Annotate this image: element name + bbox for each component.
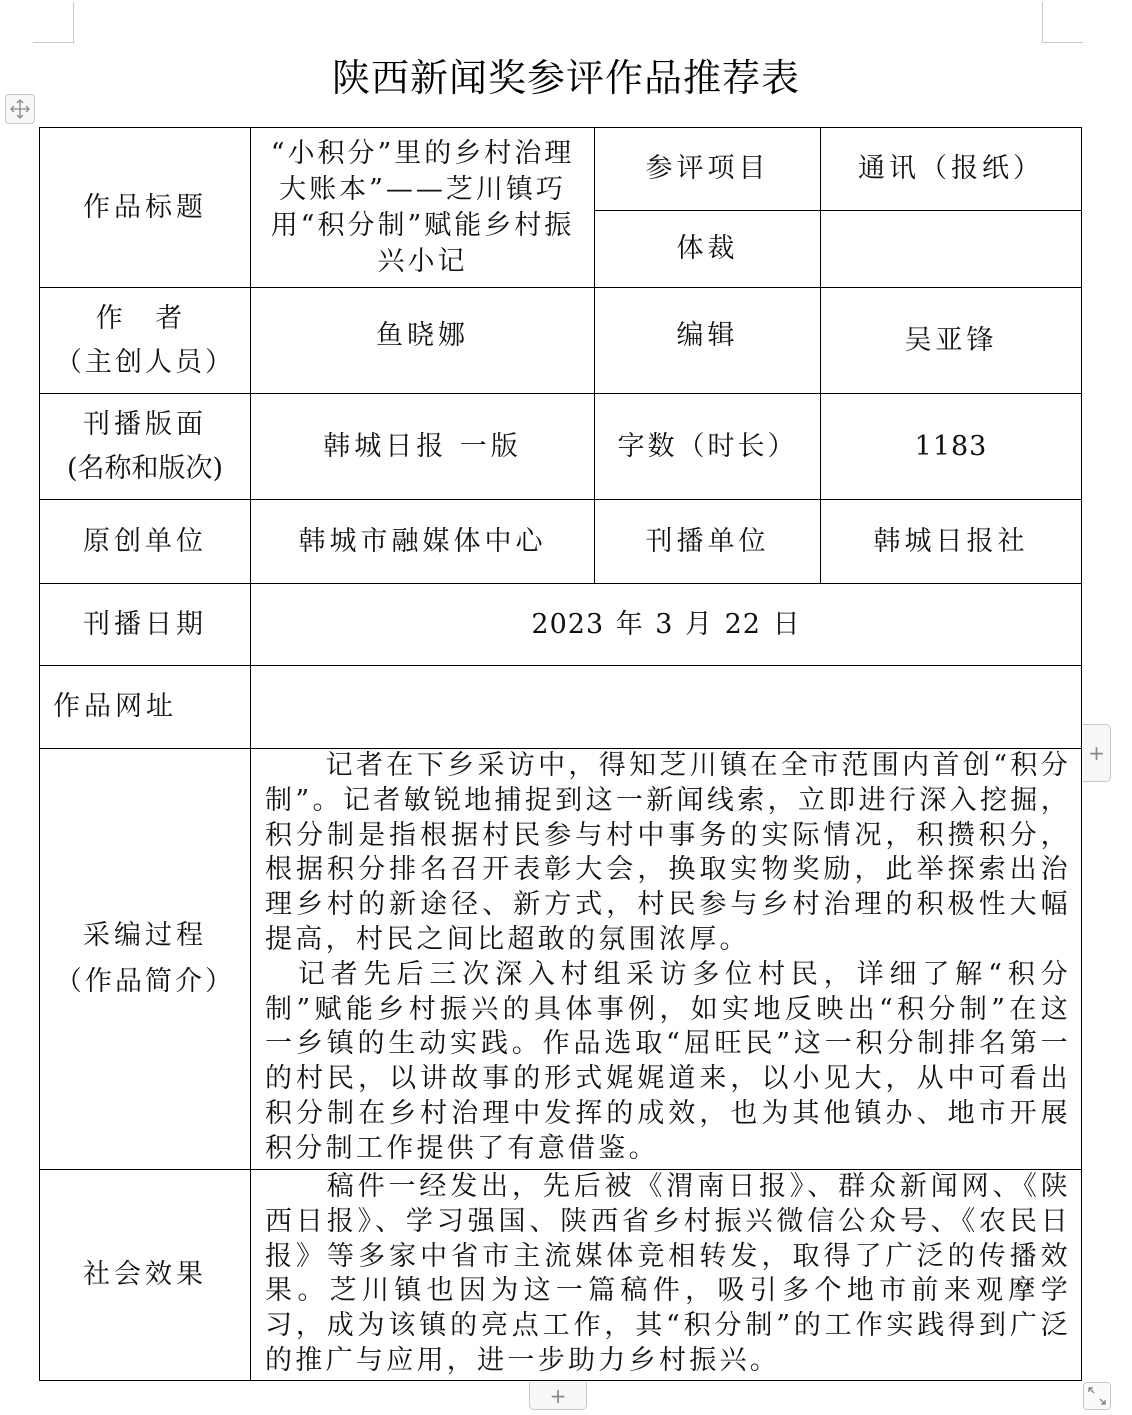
- process-paragraph: 记者在下乡采访中，得知芝川镇在全市范围内首创“积分制”。记者敏锐地捕捉到这一新闻…: [265, 749, 1071, 958]
- process-cell[interactable]: 记者在下乡采访中，得知芝川镇在全市范围内首创“积分制”。记者敏锐地捕捉到这一新闻…: [251, 749, 1081, 1169]
- label-text: 编辑: [677, 318, 739, 354]
- label-text: 作品网址: [53, 689, 177, 725]
- label-publisher: 刊播单位: [595, 500, 820, 583]
- label-text: 原创单位: [83, 524, 207, 560]
- label-genre: 体裁: [595, 211, 820, 287]
- label-text: 参评项目: [646, 151, 770, 187]
- plus-icon: +: [550, 1384, 567, 1408]
- label-text: 刊播版面: [83, 403, 207, 447]
- label-text: 刊播日期: [83, 607, 207, 643]
- work-title-cell[interactable]: “小积分”里的乡村治理大账本”——芝川镇巧用“积分制”赋能乡村振兴小记: [251, 128, 594, 287]
- category-value: 通讯（报纸）: [858, 151, 1044, 187]
- date-cell[interactable]: 2023 年 3 月 22 日: [251, 584, 1081, 665]
- label-text: 刊播单位: [646, 524, 770, 560]
- page-title: 陕西新闻奖参评作品推荐表: [0, 52, 1132, 104]
- table-resize-handle[interactable]: [1083, 1382, 1111, 1410]
- label-text: 作 者: [96, 297, 195, 341]
- label-text: 作品标题: [83, 190, 207, 226]
- add-column-button[interactable]: +: [1083, 724, 1111, 782]
- url-cell[interactable]: [251, 666, 1081, 748]
- label-text: 字数（时长）: [618, 429, 798, 465]
- page-corner-mark-top-left: [33, 2, 74, 43]
- editor-value: 吴亚锋: [905, 323, 998, 359]
- label-wordcount: 字数（时长）: [595, 394, 820, 499]
- category-cell[interactable]: 通讯（报纸）: [821, 128, 1081, 210]
- label-effect: 社会效果: [40, 1170, 250, 1380]
- move-arrows-icon: [9, 98, 31, 120]
- label-origin: 原创单位: [40, 500, 250, 583]
- work-title-value: “小积分”里的乡村治理大账本”——芝川镇巧用“积分制”赋能乡村振兴小记: [261, 136, 584, 280]
- table-move-handle[interactable]: [5, 94, 35, 124]
- label-text: 采编过程: [83, 913, 207, 959]
- author-value: 鱼晓娜: [376, 318, 469, 354]
- table-border-right: [1081, 127, 1082, 1381]
- page-value: 韩城日报 一版: [323, 429, 522, 465]
- label-work-title: 作品标题: [40, 128, 250, 287]
- effect-paragraph: 稿件一经发出，先后被《渭南日报》、群众新闻网、《陕西日报》、学习强国、陕西省乡村…: [265, 1170, 1071, 1379]
- editor-cell[interactable]: 吴亚锋: [821, 288, 1081, 393]
- label-text: (名称和版次): [67, 447, 223, 491]
- origin-cell[interactable]: 韩城市融媒体中心: [251, 500, 594, 583]
- label-page: 刊播版面 (名称和版次): [40, 394, 250, 499]
- plus-icon: +: [1088, 741, 1105, 765]
- page-corner-mark-top-right: [1042, 2, 1083, 43]
- label-editor: 编辑: [595, 288, 820, 393]
- process-paragraph: 记者先后三次深入村组采访多位村民，详细了解“积分制”赋能乡村振兴的具体事例，如实…: [265, 958, 1071, 1167]
- label-text: （作品简介）: [55, 959, 235, 1005]
- effect-cell[interactable]: 稿件一经发出，先后被《渭南日报》、群众新闻网、《陕西日报》、学习强国、陕西省乡村…: [251, 1170, 1081, 1380]
- label-text: （主创人员）: [55, 341, 235, 385]
- publisher-value: 韩城日报社: [874, 524, 1029, 560]
- resize-arrows-icon: [1084, 1383, 1110, 1409]
- add-row-button[interactable]: +: [529, 1382, 587, 1410]
- label-text: 社会效果: [83, 1257, 207, 1293]
- wordcount-cell[interactable]: 1183: [821, 394, 1081, 499]
- genre-cell[interactable]: [821, 211, 1081, 287]
- date-value: 2023 年 3 月 22 日: [531, 607, 800, 643]
- author-cell[interactable]: 鱼晓娜: [251, 288, 594, 393]
- publisher-cell[interactable]: 韩城日报社: [821, 500, 1081, 583]
- label-category: 参评项目: [595, 128, 820, 210]
- label-url: 作品网址: [40, 666, 250, 748]
- page-cell[interactable]: 韩城日报 一版: [251, 394, 594, 499]
- label-date: 刊播日期: [40, 584, 250, 665]
- label-process: 采编过程 （作品简介）: [40, 749, 250, 1169]
- table-border-bottom: [39, 1380, 1081, 1381]
- wordcount-value: 1183: [915, 429, 988, 465]
- label-author: 作 者 （主创人员）: [40, 288, 250, 393]
- origin-value: 韩城市融媒体中心: [299, 524, 547, 560]
- label-text: 体裁: [677, 231, 739, 267]
